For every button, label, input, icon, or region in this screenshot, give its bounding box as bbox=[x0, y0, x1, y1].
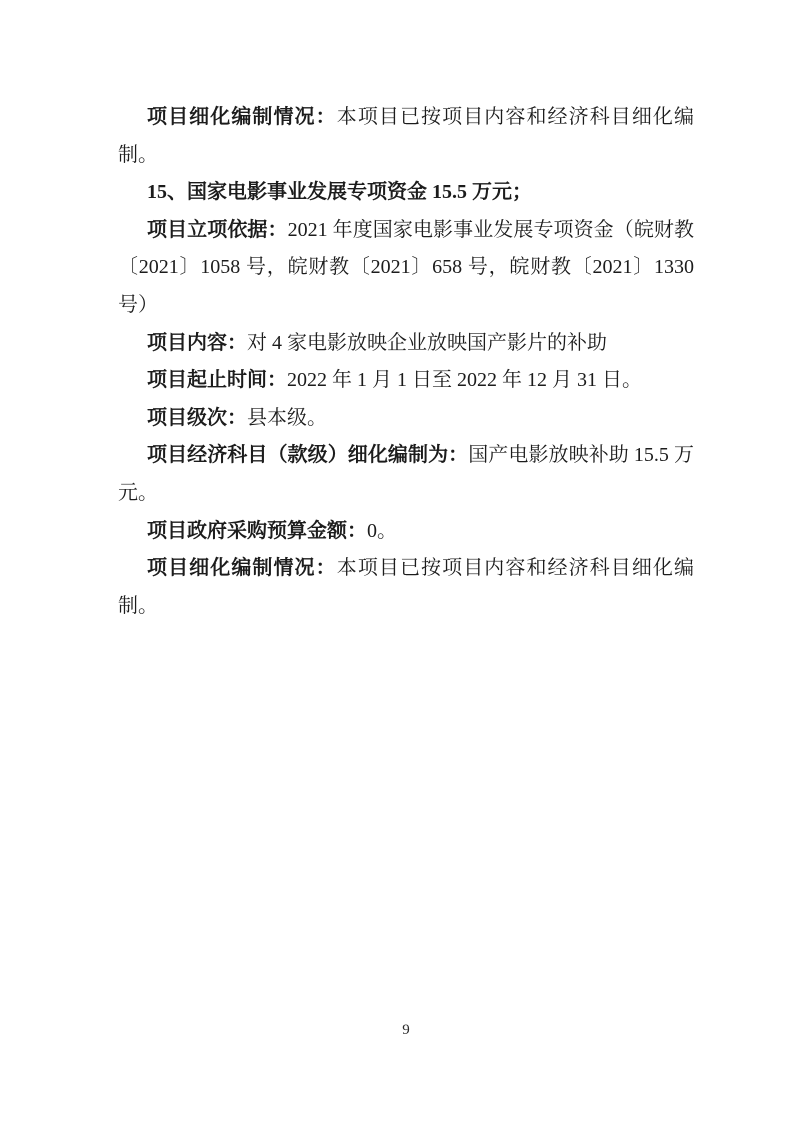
paragraph-label: 项目细化编制情况： bbox=[147, 106, 337, 128]
document-page: { "page": { "background_color": "#ffffff… bbox=[0, 0, 793, 1122]
item-heading-label: 15、国家电影事业发展专项资金 15.5 万元； bbox=[147, 181, 532, 203]
paragraph-label: 项目经济科目（款级）细化编制为： bbox=[147, 444, 468, 466]
para-procurement-budget: 项目政府采购预算金额：0。 bbox=[118, 513, 694, 551]
para-item-15-heading: 15、国家电影事业发展专项资金 15.5 万元； bbox=[118, 174, 694, 212]
paragraph-label: 项目起止时间： bbox=[147, 369, 287, 391]
page-background: 项目细化编制情况：本项目已按项目内容和经济科目细化编制。 15、国家电影事业发展… bbox=[0, 0, 793, 1122]
paragraph-label: 项目政府采购预算金额： bbox=[147, 520, 367, 542]
paragraph-label: 项目立项依据： bbox=[147, 219, 288, 241]
para-economic-subject: 项目经济科目（款级）细化编制为：国产电影放映补助 15.5 万元。 bbox=[118, 437, 694, 512]
paragraph-text: 县本级。 bbox=[247, 407, 327, 429]
document-body: 项目细化编制情况：本项目已按项目内容和经济科目细化编制。 15、国家电影事业发展… bbox=[118, 99, 694, 625]
paragraph-label: 项目级次： bbox=[147, 407, 247, 429]
paragraph-label: 项目细化编制情况： bbox=[147, 557, 337, 579]
para-project-period: 项目起止时间：2022 年 1 月 1 日至 2022 年 12 月 31 日。 bbox=[118, 362, 694, 400]
para-detail-compilation-2: 项目细化编制情况：本项目已按项目内容和经济科目细化编制。 bbox=[118, 550, 694, 625]
para-project-basis: 项目立项依据：2021 年度国家电影事业发展专项资金（皖财教〔2021〕1058… bbox=[118, 212, 694, 325]
paragraph-text: 0。 bbox=[367, 520, 397, 542]
page-number: 9 bbox=[118, 1018, 694, 1042]
para-project-content: 项目内容：对 4 家电影放映企业放映国产影片的补助 bbox=[118, 325, 694, 363]
paragraph-label: 项目内容： bbox=[147, 332, 247, 354]
paragraph-text: 对 4 家电影放映企业放映国产影片的补助 bbox=[247, 332, 607, 354]
para-project-level: 项目级次：县本级。 bbox=[118, 400, 694, 438]
paragraph-text: 2022 年 1 月 1 日至 2022 年 12 月 31 日。 bbox=[287, 369, 642, 391]
para-detail-compilation-1: 项目细化编制情况：本项目已按项目内容和经济科目细化编制。 bbox=[118, 99, 694, 174]
